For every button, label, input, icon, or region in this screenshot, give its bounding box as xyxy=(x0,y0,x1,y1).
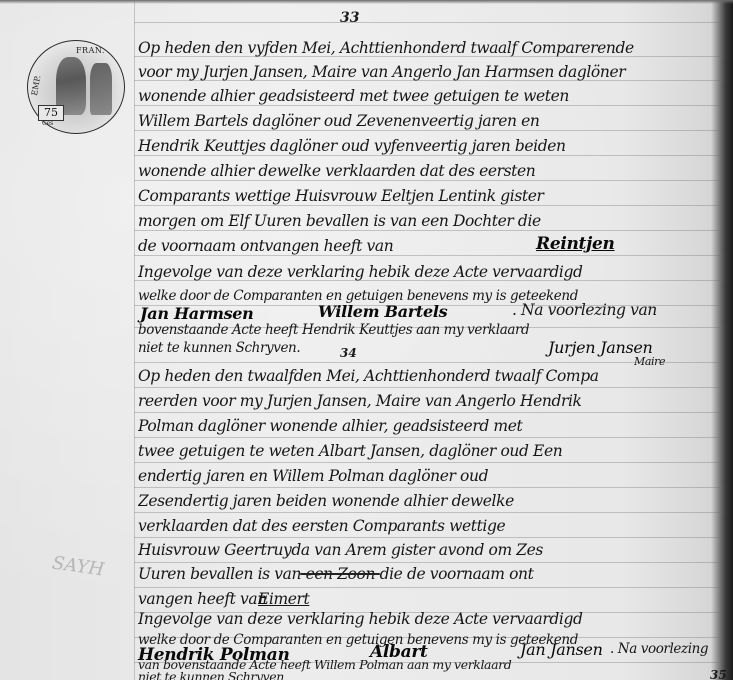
stamp-value: 75 xyxy=(38,105,64,121)
entry-text-line: Op heden den vyfden Mei, Achttienhonderd… xyxy=(138,38,728,58)
ruled-line xyxy=(134,537,724,538)
tax-stamp: FRAN. EMP. 75 Ces xyxy=(27,40,125,134)
entry-text-line: Zesendertig jaren beiden wonende alhier … xyxy=(138,491,728,511)
ruled-line xyxy=(134,387,724,388)
entry-text-line: Ingevolge van deze verklaring hebik deze… xyxy=(138,262,728,282)
entry-number: 35 xyxy=(710,668,727,680)
entry-text-line: morgen om Elf Uuren bevallen is van een … xyxy=(138,211,728,231)
ruled-line xyxy=(134,437,724,438)
signature-willem-bartels: Willem Bartels xyxy=(318,302,447,321)
stamp-unit: Ces xyxy=(42,120,53,127)
entry-text-line: reerden voor my Jurjen Jansen, Maire van… xyxy=(138,391,728,411)
margin-rule xyxy=(134,0,135,680)
entry-number: 34 xyxy=(340,346,357,360)
ruled-line xyxy=(134,562,724,563)
line-end-dash xyxy=(300,573,380,575)
stamp-top-text: FRAN. xyxy=(76,46,105,55)
entry-text-line: verklaarden dat des eersten Comparants w… xyxy=(138,516,728,536)
eagle-icon xyxy=(90,63,112,115)
entry-text-line: de voornaam ontvangen heeft van xyxy=(138,236,458,256)
faint-margin-text: SAYH xyxy=(51,552,106,580)
entry-text-line: niet te kunnen Schryven. xyxy=(138,338,438,358)
entry-text-line: wonende alhier geadsisteerd met twee get… xyxy=(138,86,728,106)
child-name: Eimert xyxy=(258,589,338,609)
ruled-line xyxy=(134,587,724,588)
child-name: Reintjen xyxy=(536,234,615,254)
entry-text-line: Uuren bevallen is van een Zoon die de vo… xyxy=(138,564,728,584)
entry-text-line: wonende alhier dewelke verklaarden dat d… xyxy=(138,161,728,181)
ruled-line xyxy=(134,462,724,463)
page-top-edge xyxy=(0,0,733,4)
entry-text-line: Ingevolge van deze verklaring hebik deze… xyxy=(138,609,728,629)
entry-text-line: bovenstaande Acte heeft Hendrik Keuttjes… xyxy=(138,320,728,340)
reading-note: . Na voorlezing van xyxy=(512,300,732,320)
entry-text-line: Hendrik Keuttjes daglöner oud vyfenveert… xyxy=(138,136,728,156)
ruled-line xyxy=(134,512,724,513)
entry-text-line: niet te kunnen Schryven xyxy=(138,667,728,680)
ruled-line xyxy=(134,22,724,23)
entry-text-line: voor my Jurjen Jansen, Maire van Angerlo… xyxy=(138,62,728,82)
ruled-line xyxy=(134,487,724,488)
entry-text-line: Op heden den twaalfden Mei, Achttienhond… xyxy=(138,366,728,386)
entry-text-line: endertig jaren en Willem Polman daglöner… xyxy=(138,466,728,486)
register-page: FRAN. EMP. 75 Ces SAYH 33 Op heden den v… xyxy=(0,0,733,680)
entry-text-line: Huisvrouw Geertruyda van Arem gister avo… xyxy=(138,540,728,560)
entry-number: 33 xyxy=(340,10,359,26)
entry-text-line: Willem Bartels daglöner oud Zevenenveert… xyxy=(138,111,728,131)
stamp-side-text: EMP. xyxy=(30,75,42,97)
entry-text-line: Comparants wettige Huisvrouw Eeltjen Len… xyxy=(138,186,728,206)
entry-text-line: twee getuigen te weten Albart Jansen, da… xyxy=(138,441,728,461)
ruled-line xyxy=(134,412,724,413)
entry-text-line: Polman daglöner wonende alhier, geadsist… xyxy=(138,416,728,436)
